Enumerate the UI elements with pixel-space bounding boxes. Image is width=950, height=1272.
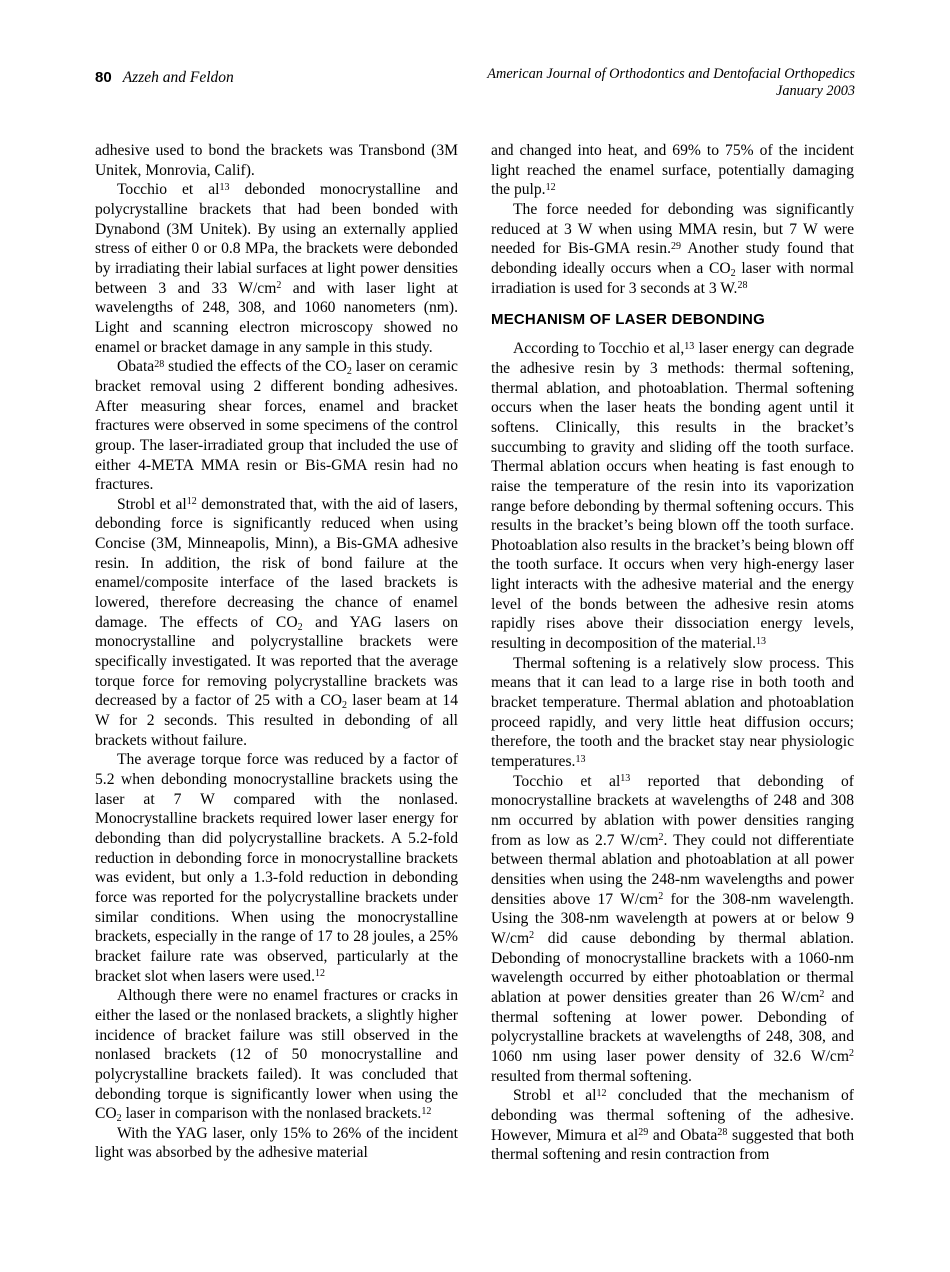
paragraph: Although there were no enamel fractures … [95, 986, 458, 1124]
running-authors: Azzeh and Feldon [123, 69, 234, 86]
paragraph: The average torque force was reduced by … [95, 750, 458, 986]
left-column: adhesive used to bond the brackets was T… [95, 141, 458, 1165]
journal-page: 80Azzeh and Feldon American Journal of O… [0, 0, 950, 1272]
paragraph: and changed into heat, and 69% to 75% of… [491, 141, 854, 200]
paragraph: Tocchio et al13 debonded monocrystalline… [95, 180, 458, 357]
paragraph: Strobl et al12 concluded that the mechan… [491, 1086, 854, 1165]
paragraph: Strobl et al12 demonstrated that, with t… [95, 495, 458, 751]
issue-date: January 2003 [487, 83, 855, 100]
paragraph: Tocchio et al13 reported that debonding … [491, 772, 854, 1087]
paragraph: The force needed for debonding was signi… [491, 200, 854, 298]
running-head-right: American Journal of Orthodontics and Den… [487, 66, 855, 100]
paragraph: With the YAG laser, only 15% to 26% of t… [95, 1124, 458, 1163]
running-head-left: 80Azzeh and Feldon [95, 66, 234, 87]
journal-title: American Journal of Orthodontics and Den… [487, 66, 855, 83]
paragraph: Obata28 studied the effects of the CO2 l… [95, 357, 458, 495]
paragraph: According to Tocchio et al,13 laser ener… [491, 339, 854, 654]
section-heading: MECHANISM OF LASER DEBONDING [491, 311, 854, 329]
page-header: 80Azzeh and Feldon American Journal of O… [95, 66, 855, 100]
article-body: adhesive used to bond the brackets was T… [95, 141, 855, 1165]
page-number: 80 [95, 69, 112, 86]
paragraph: Thermal softening is a relatively slow p… [491, 654, 854, 772]
paragraph: adhesive used to bond the brackets was T… [95, 141, 458, 180]
right-column: and changed into heat, and 69% to 75% of… [491, 141, 854, 1165]
